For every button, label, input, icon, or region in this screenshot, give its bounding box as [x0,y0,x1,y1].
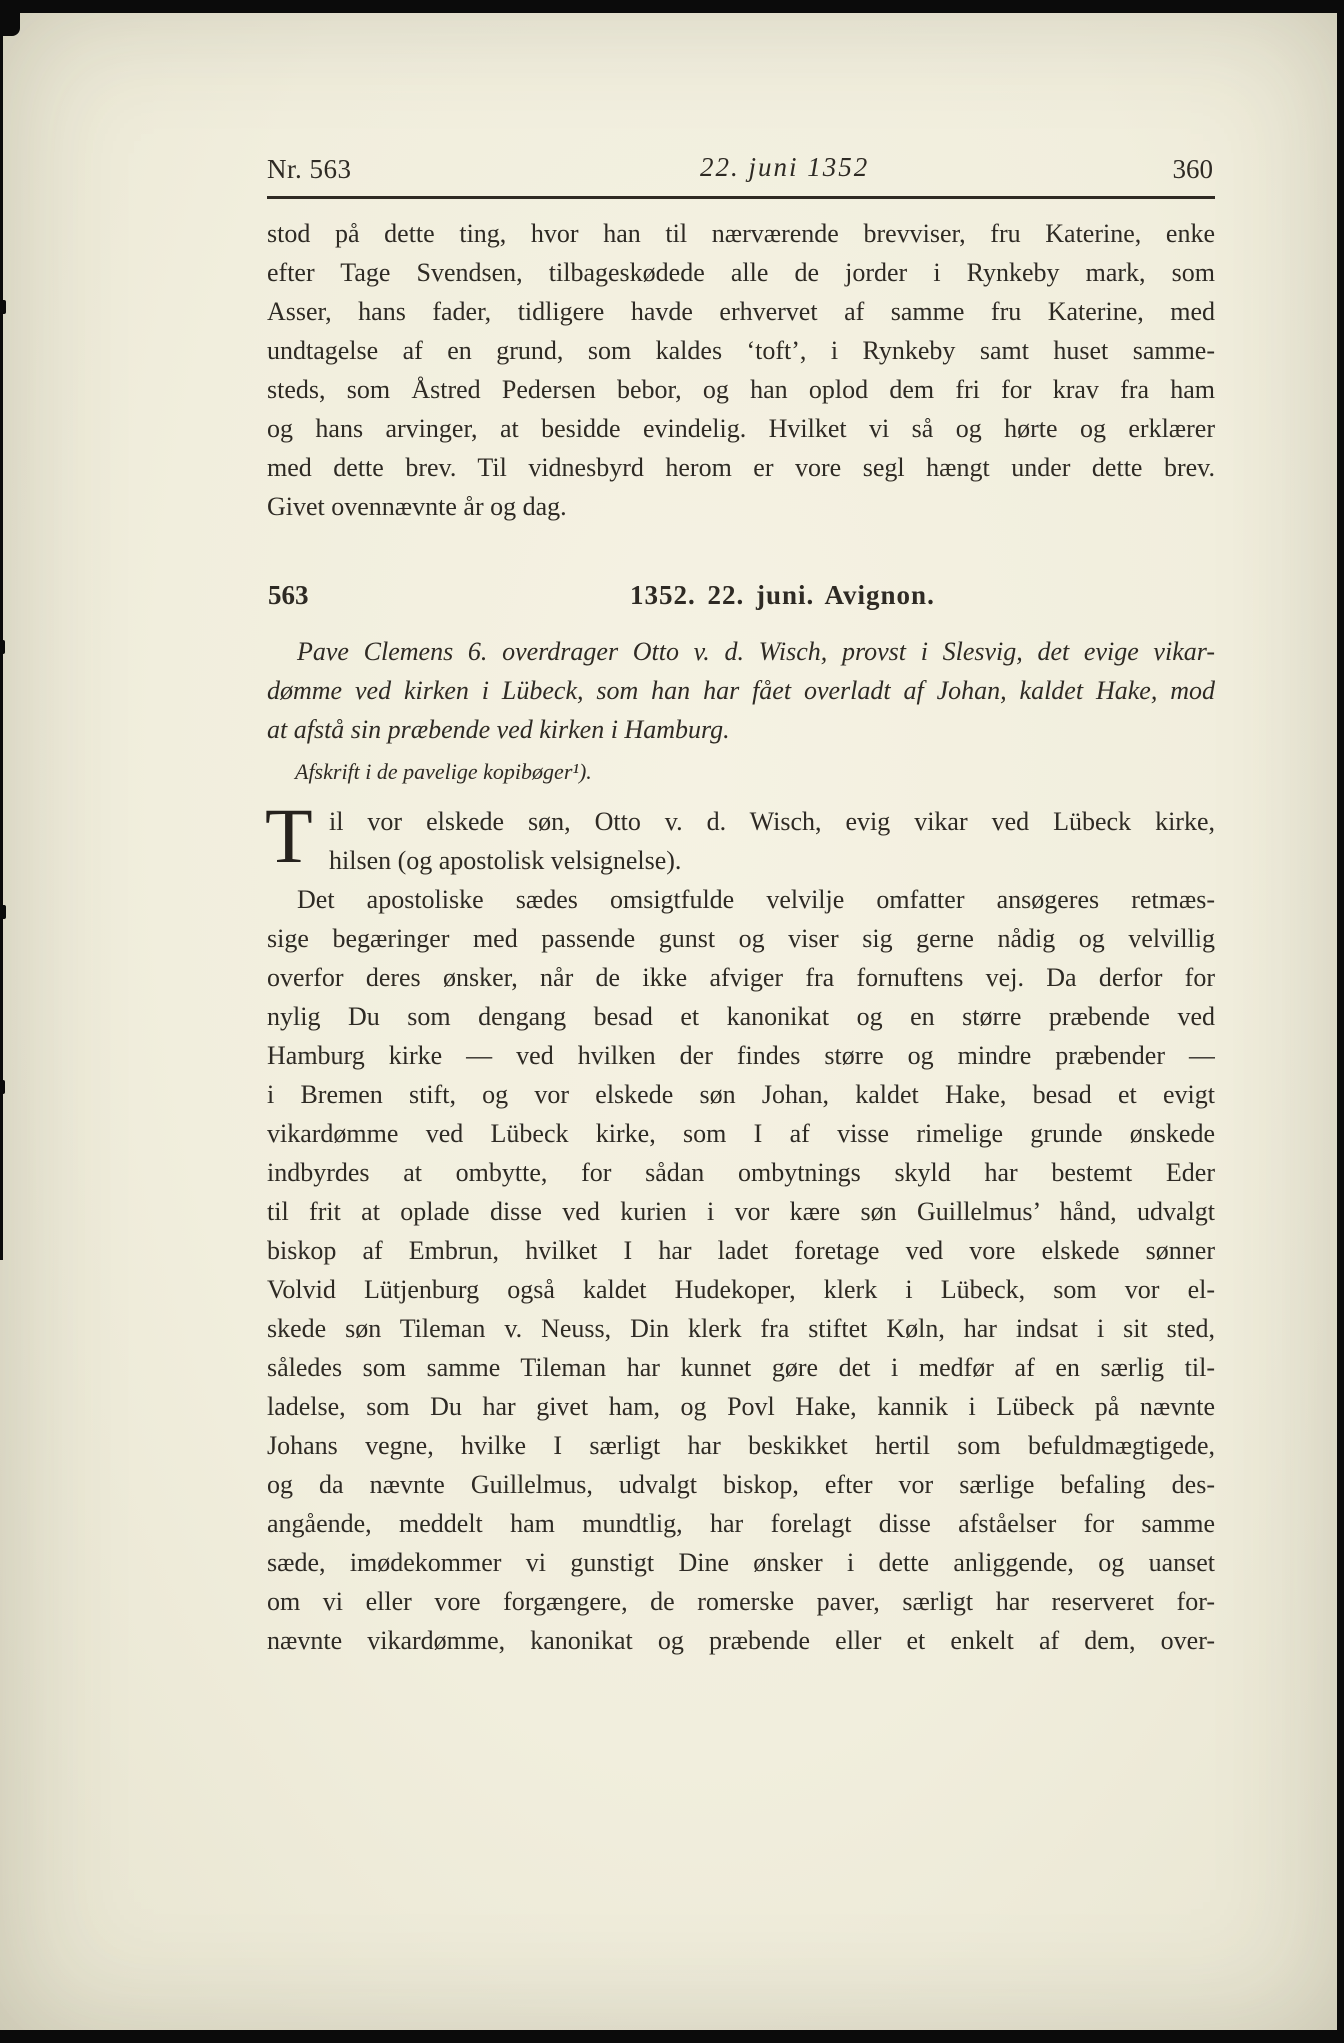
text-line: Givet ovennævnte år og dag. [267,487,1215,526]
text-line: overfor deres ønsker, når de ikke afvige… [267,958,1215,997]
text-line: Johans vegne, hvilke I særligt har beski… [267,1426,1215,1465]
source-note: Afskrift i de pavelige kopibøger¹). [267,754,1243,790]
text-line: angående, meddelt ham mundtlig, har fore… [267,1504,1215,1543]
text-line: sæde, imødekommer vi gunstigt Dine ønske… [267,1543,1215,1582]
text-line: sige begæringer med passende gunst og vi… [267,919,1215,958]
doc-562-continuation: stod på dette ting, hvor han til nærvære… [267,214,1215,526]
text-line: og da nævnte Guillelmus, udvalgt biskop,… [267,1465,1215,1504]
text-line: skede søn Tileman v. Neuss, Din klerk fr… [267,1309,1215,1348]
text-line: Volvid Lütjenburg også kaldet Hudekoper,… [267,1270,1215,1309]
regest-line: at afstå sin præbende ved kirken i Hambu… [267,710,1215,749]
text-line: og hans arvinger, at besidde evindelig. … [267,409,1215,448]
regest-line: dømme ved kirken i Lübeck, som han har f… [267,671,1215,710]
text-line: til frit at oplade disse ved kurien i vo… [267,1192,1215,1231]
text-line: således som samme Tileman har kunnet gør… [267,1348,1215,1387]
text-line: nylig Du som dengang besad et kanonikat … [267,997,1215,1036]
header-date: 22. juni 1352 [700,152,869,183]
text-line: hilsen (og apostolisk velsignelse). [329,841,1215,880]
regest-line: Pave Clemens 6. overdrager Otto v. d. Wi… [267,632,1215,671]
scan-edge-bottom [0,2030,1344,2043]
header-doc-ref: Nr. 563 [267,154,352,185]
scan-edge-left [0,0,3,1260]
text-line: stod på dette ting, hvor han til nærvære… [267,214,1215,253]
doc-563-regest: Pave Clemens 6. overdrager Otto v. d. Wi… [267,632,1215,749]
text-line: i Bremen stift, og vor elskede søn Johan… [267,1075,1215,1114]
text-line: om vi eller vore forgængere, de romerske… [267,1582,1215,1621]
text-line: Asser, hans fader, tidligere havde erhve… [267,292,1215,331]
scan-edge-right [1337,0,1344,2043]
scan-speck [0,640,5,654]
doc-dateline: 1352. 22. juni. Avignon. [630,580,935,611]
text-line: ladelse, som Du har givet ham, og Povl H… [267,1387,1215,1426]
book-page-scan: Nr. 563 22. juni 1352 360 stod på dette … [0,0,1344,2043]
scan-speck [0,1080,5,1094]
running-header: Nr. 563 22. juni 1352 360 [267,152,1215,199]
text-line: Det apostoliske sædes omsigtfulde velvil… [267,880,1215,919]
text-line: biskop af Embrun, hvilket I har ladet fo… [267,1231,1215,1270]
doc-563-body: T il vor elskede søn, Otto v. d. Wisch, … [267,802,1215,1660]
text-line: steds, som Åstred Pedersen bebor, og han… [267,370,1215,409]
text-line: indbyrdes at ombytte, for sådan ombytnin… [267,1153,1215,1192]
doc-number: 563 [268,580,309,611]
doc-563-heading: 563 1352. 22. juni. Avignon. [267,580,1215,620]
text-line: undtagelse af en grund, som kaldes ‘toft… [267,331,1215,370]
scan-speck [1,300,6,314]
text-line: vikardømme ved Lübeck kirke, som I af vi… [267,1114,1215,1153]
scan-edge-top [0,0,1344,13]
text-line: efter Tage Svendsen, tilbageskødede alle… [267,253,1215,292]
scan-blob-top-left [0,0,20,36]
text-line: il vor elskede søn, Otto v. d. Wisch, ev… [329,802,1215,841]
text-line: nævnte vikardømme, kanonikat og præbende… [267,1621,1215,1660]
text-line: med dette brev. Til vidnesbyrd herom er … [267,448,1215,487]
scan-speck [1,905,6,919]
drop-cap: T [265,797,313,875]
header-page-number: 360 [1173,154,1214,185]
text-line: Hamburg kirke — ved hvilken der findes s… [267,1036,1215,1075]
